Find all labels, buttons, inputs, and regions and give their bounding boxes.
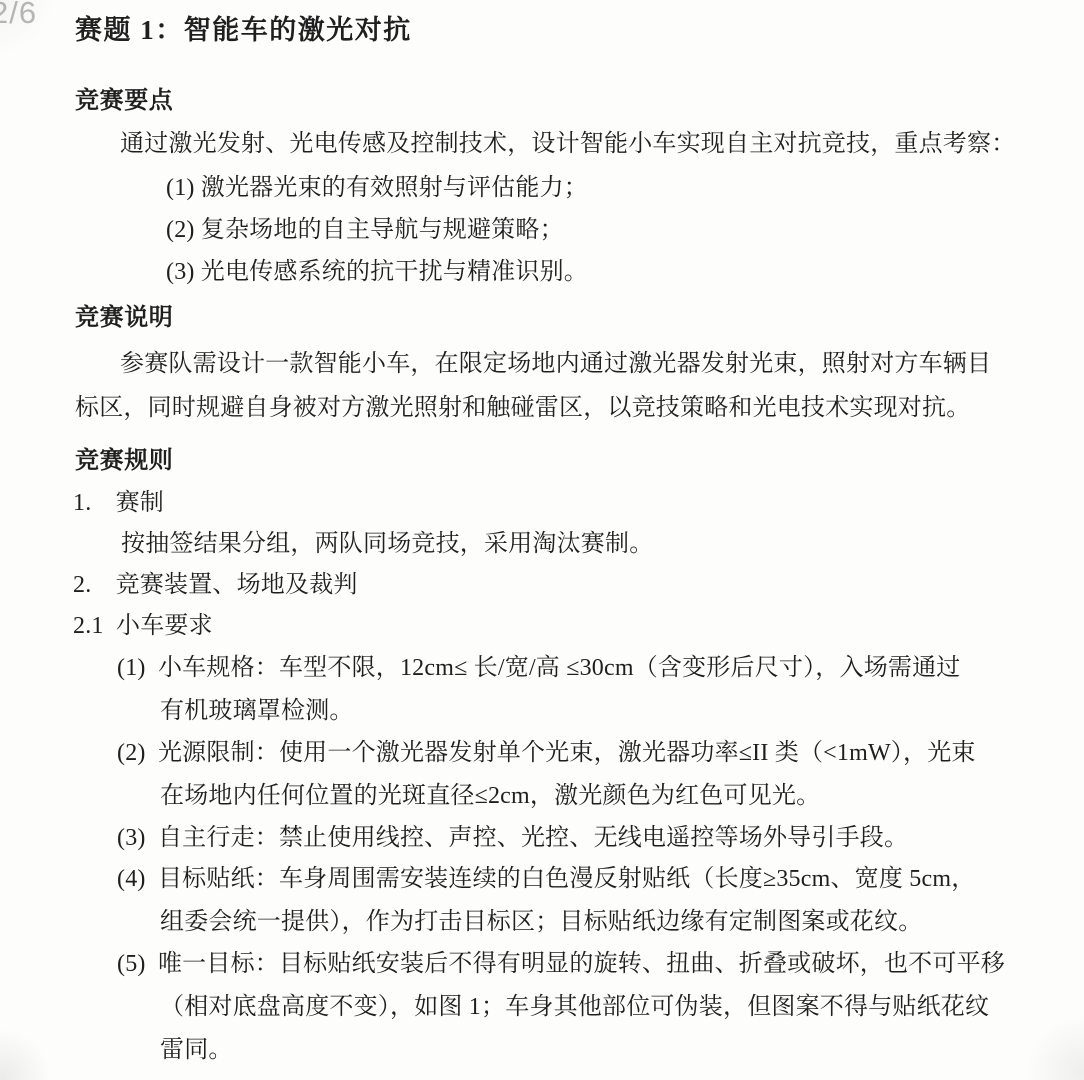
doc-title: 赛题 1：智能车的激光对抗 (75, 14, 412, 46)
key-points-item-2: (2) 复杂场地的自主导航与规避策略； (166, 216, 564, 245)
rules-subsection-2-1: 2.1 小车要求 (73, 612, 213, 641)
heading-key-points: 竞赛要点 (75, 87, 173, 116)
car-requirement-2-line-2: 在场地内任何位置的光斑直径≤2cm，激光颜色为红色可见光。 (160, 782, 820, 811)
car-requirement-1-line-1: (1) 小车规格：车型不限，12cm≤ 长/宽/高 ≤30cm（含变形后尺寸），… (117, 654, 961, 683)
key-points-item-3: (3) 光电传感系统的抗干扰与精准识别。 (166, 258, 588, 287)
car-requirement-1-line-2: 有机玻璃罩检测。 (160, 697, 354, 726)
car-requirement-2-line-1: (2) 光源限制：使用一个激光器发射单个光束，激光器功率≤II 类（<1mW），… (117, 739, 976, 768)
car-requirement-5-line-3: 雷同。 (160, 1036, 233, 1065)
page-indicator: 2/6 (0, 0, 37, 31)
car-requirement-4-line-2: 组委会统一提供），作为打击目标区；目标贴纸边缘有定制图案或花纹。 (160, 908, 922, 937)
rules-item-1-body: 按抽签结果分组，两队同场竞技，采用淘汰赛制。 (121, 530, 653, 559)
car-requirement-5-line-2: （相对底盘高度不变），如图 1；车身其他部位可伪装，但图案不得与贴纸花纹 (160, 993, 989, 1022)
document-page: 2/6 赛题 1：智能车的激光对抗 竞赛要点 通过激光发射、光电传感及控制技术，… (0, 0, 1084, 1080)
car-requirement-3-line-1: (3) 自主行走：禁止使用线控、声控、光控、无线电遥控等场外导引手段。 (117, 824, 908, 853)
rules-item-1-title: 1. 赛制 (73, 489, 164, 518)
key-points-item-1: (1) 激光器光束的有效照射与评估能力； (166, 174, 588, 203)
car-requirement-5-line-1: (5) 唯一目标：目标贴纸安装后不得有明显的旋转、扭曲、折叠或破坏，也不可平移 (117, 950, 1005, 979)
description-line-2: 标区，同时规避自身被对方激光照射和触碰雷区，以竞技策略和光电技术实现对抗。 (75, 394, 970, 423)
key-points-intro: 通过激光发射、光电传感及控制技术，设计智能小车实现自主对抗竞技，重点考察： (120, 130, 1015, 159)
heading-description: 竞赛说明 (75, 304, 173, 333)
heading-rules: 竞赛规则 (75, 447, 173, 476)
description-line-1: 参赛队需设计一款智能小车，在限定场地内通过激光器发射光束，照射对方车辆目 (120, 350, 991, 379)
rules-item-2-title: 2. 竞赛装置、场地及裁判 (73, 571, 358, 600)
car-requirement-4-line-1: (4) 目标贴纸：车身周围需安装连续的白色漫反射贴纸（长度≥35cm、宽度 5c… (117, 865, 975, 894)
